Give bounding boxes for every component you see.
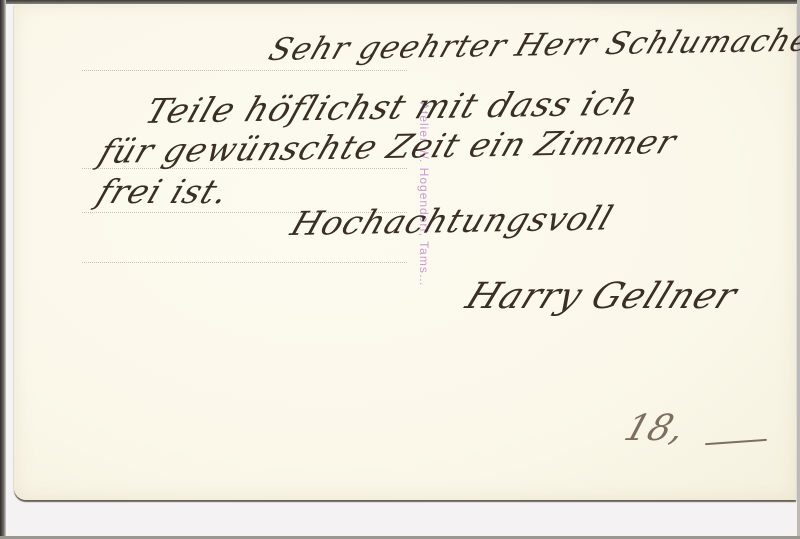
signature: Harry Gellner xyxy=(460,276,743,317)
salutation: Sehr geehrter Herr Schlumacher! xyxy=(264,22,800,68)
scan-edge-left xyxy=(0,0,6,539)
closing: Hochachtungsvoll xyxy=(286,198,619,243)
guide-line xyxy=(82,262,407,263)
guide-line xyxy=(82,70,407,71)
body-line-3: frei ist. xyxy=(92,172,235,211)
